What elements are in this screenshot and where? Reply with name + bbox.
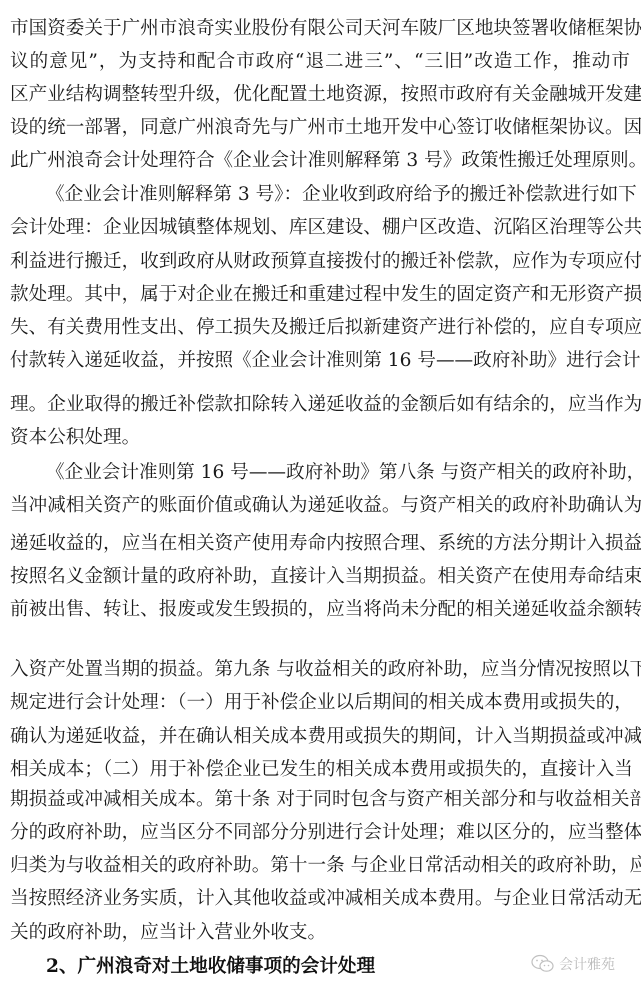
watermark-label: 会计雅苑	[559, 954, 615, 974]
text-line: 递延收益的，应当在相关资产使用寿命内按照合理、系统的方法分期计入损益。	[10, 527, 630, 560]
text-line: 确认为递延收益，并在确认相关成本费用或损失的期间，计入当期损益或冲减	[10, 720, 630, 753]
text-line: 归类为与收益相关的政府补助。第十一条 与企业日常活动相关的政府补助，应	[10, 849, 630, 882]
section-heading: 2、广州浪奇对土地收储事项的会计处理	[46, 950, 375, 983]
text-line: 按照名义金额计量的政府补助，直接计入当期损益。相关资产在使用寿命结束	[10, 560, 630, 593]
text-line: 失、有关费用性支出、停工损失及搬迁后拟新建资产进行补偿的，应自专项应	[10, 311, 630, 344]
text-line: 区产业结构调整转型升级，优化配置土地资源，按照市政府有关金融城开发建	[10, 78, 630, 111]
text-line: 付款转入递延收益，并按照《企业会计准则第 16 号——政府补助》进行会计处	[10, 344, 630, 377]
text-line: 入资产处置当期的损益。第九条 与收益相关的政府补助，应当分情况按照以下	[10, 653, 630, 686]
text-line: 《企业会计准则解释第 3 号》：企业收到政府给予的搬迁补偿款进行如下	[46, 178, 630, 211]
watermark: 会计雅苑	[531, 952, 615, 976]
text-line: 此广州浪奇会计处理符合《企业会计准则解释第 3 号》政策性搬迁处理原则。	[10, 144, 630, 177]
text-line: 利益进行搬迁，收到政府从财政预算直接拨付的搬迁补偿款，应作为专项应付	[10, 245, 630, 278]
text-line: 当按照经济业务实质，计入其他收益或冲减相关成本费用。与企业日常活动无	[10, 882, 630, 915]
text-line: 期损益或冲减相关成本。第十条 对于同时包含与资产相关部分和与收益相关部	[10, 783, 630, 816]
text-line: 《企业会计准则第 16 号——政府补助》第八条 与资产相关的政府补助，应	[46, 456, 630, 489]
text-line: 市国资委关于广州市浪奇实业股份有限公司天河车陂厂区地块签署收储框架协	[10, 12, 630, 45]
text-line: 设的统一部署，同意广州浪奇先与广州市土地开发中心签订收储框架协议。因	[10, 111, 630, 144]
text-line: 议的意见”，为支持和配合市政府“退二进三”、“三旧”改造工作，推动市	[10, 45, 630, 78]
text-line: 相关成本；（二）用于补偿企业已发生的相关成本费用或损失的，直接计入当	[10, 753, 630, 786]
text-line: 会计处理：企业因城镇整体规划、库区建设、棚户区改造、沉陷区治理等公共	[10, 211, 630, 244]
document-page: 市国资委关于广州市浪奇实业股份有限公司天河车陂厂区地块签署收储框架协 议的意见”…	[0, 0, 641, 992]
text-line: 资本公积处理。	[10, 421, 630, 454]
text-line: 分的政府补助，应当区分不同部分分别进行会计处理；难以区分的，应当整体	[10, 816, 630, 849]
text-line: 前被出售、转让、报废或发生毁损的，应当将尚未分配的相关递延收益余额转	[10, 593, 630, 626]
text-line: 规定进行会计处理：（一）用于补偿企业以后期间的相关成本费用或损失的，	[10, 686, 630, 719]
text-line: 当冲减相关资产的账面价值或确认为递延收益。与资产相关的政府补助确认为	[10, 489, 630, 522]
text-line: 关的政府补助，应当计入营业外收支。	[10, 916, 630, 949]
wechat-icon	[531, 954, 555, 974]
text-line: 款处理。其中，属于对企业在搬迁和重建过程中发生的固定资产和无形资产损	[10, 278, 630, 311]
text-line: 理。企业取得的搬迁补偿款扣除转入递延收益的金额后如有结余的，应当作为	[10, 388, 630, 421]
